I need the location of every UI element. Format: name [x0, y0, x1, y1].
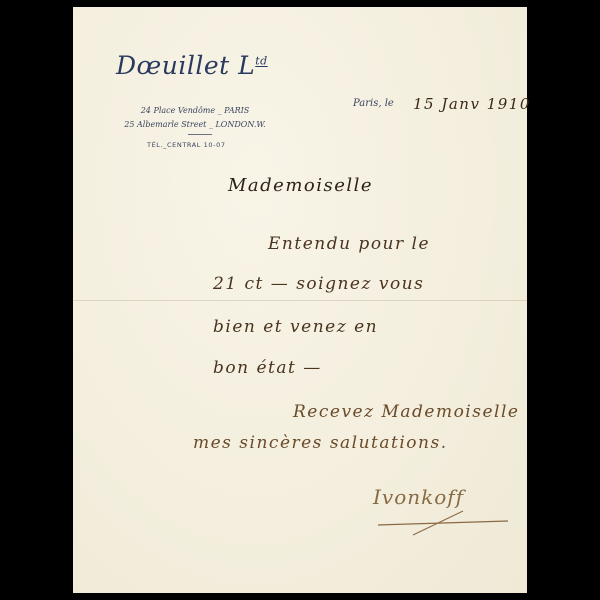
signature: Ivonkoff	[373, 485, 464, 509]
body-line: bon état —	[213, 358, 322, 378]
paper-fold-line	[73, 300, 527, 301]
letter-paper: Dœuillet Ltd 24 Place Vendôme _ PARIS 25…	[73, 7, 527, 593]
address-london: 25 Albemarle Street _ LONDON.W.	[110, 120, 280, 129]
body-line: 21 ct — soignez vous	[213, 274, 424, 294]
address-paris: 24 Place Vendôme _ PARIS	[120, 106, 270, 115]
company-name: Dœuillet L	[116, 51, 255, 80]
letterhead-divider	[188, 134, 212, 135]
letterhead-brand: Dœuillet Ltd	[116, 51, 268, 80]
dateline-prefix: Paris, le	[353, 98, 394, 109]
closing-line: mes sincères salutations.	[193, 433, 448, 453]
closing-line: Recevez Mademoiselle	[293, 402, 519, 422]
body-line: Entendu pour le	[268, 234, 430, 254]
telephone-line: TÉL._CENTRAL 10-07	[147, 141, 226, 149]
company-suffix: td	[255, 55, 267, 68]
signature-flourish-icon	[373, 507, 513, 537]
handwritten-date: 15 Janv 1910	[413, 95, 531, 113]
salutation: Mademoiselle	[228, 175, 373, 196]
body-line: bien et venez en	[213, 317, 378, 337]
